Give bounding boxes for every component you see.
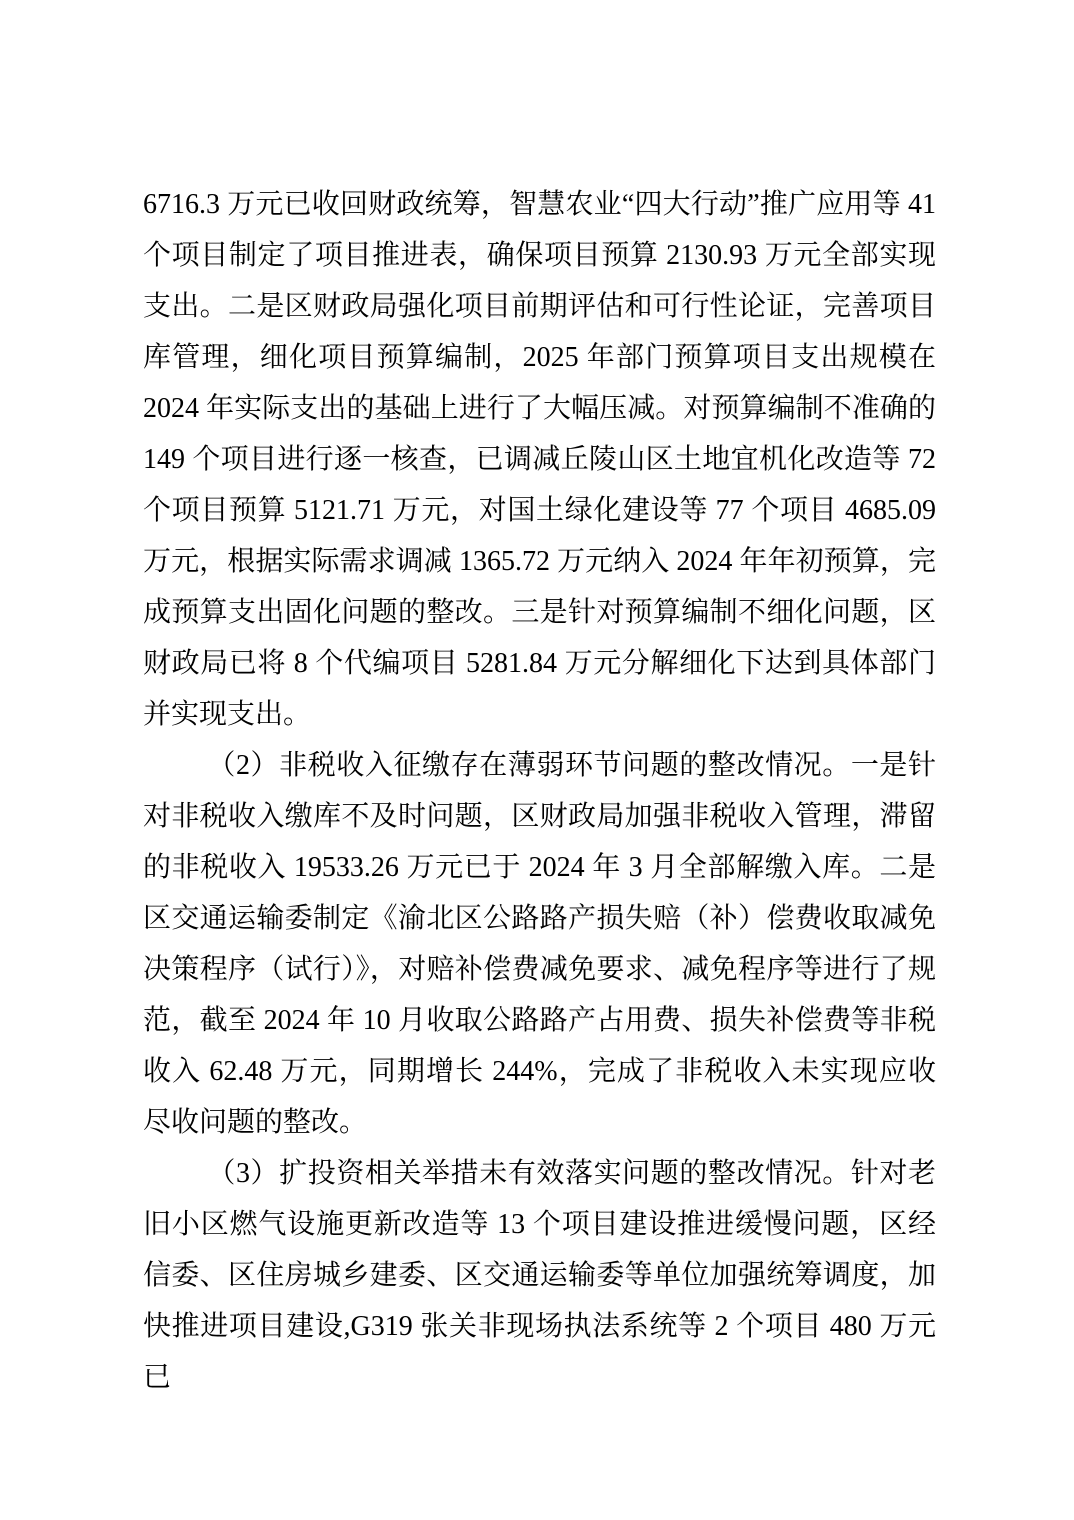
document-body: 6716.3 万元已收回财政统筹，智慧农业“四大行动”推广应用等 41 个项目制… xyxy=(143,179,936,1403)
body-paragraph-1: 6716.3 万元已收回财政统筹，智慧农业“四大行动”推广应用等 41 个项目制… xyxy=(143,179,936,740)
body-paragraph-3: （3）扩投资相关举措未有效落实问题的整改情况。针对老旧小区燃气设施更新改造等 1… xyxy=(143,1148,936,1403)
document-page: 6716.3 万元已收回财政统筹，智慧农业“四大行动”推广应用等 41 个项目制… xyxy=(0,0,1074,1520)
body-paragraph-2: （2）非税收入征缴存在薄弱环节问题的整改情况。一是针对非税收入缴库不及时问题，区… xyxy=(143,740,936,1148)
